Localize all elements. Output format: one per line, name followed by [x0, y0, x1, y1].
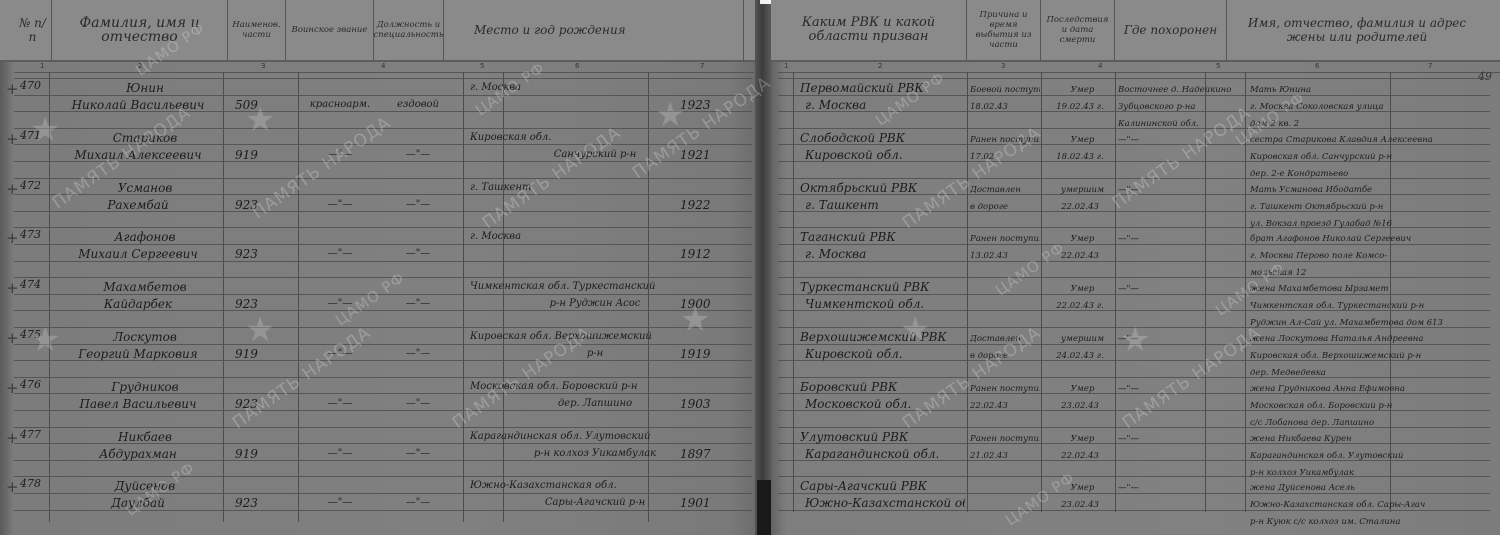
kin-line: с/с Лобанова дер. Лапшино	[1250, 415, 1490, 431]
cause: Ранен поступил	[970, 431, 1040, 447]
birthplace: Карагандинская обл. Улутовский	[470, 429, 740, 445]
first-patronymic: Абдурахман	[54, 446, 222, 462]
burial-place: —"—	[1118, 331, 1244, 347]
birth-year: 1921	[680, 147, 740, 163]
birth-year: 1923	[680, 97, 740, 113]
cross-icon: +	[6, 329, 19, 347]
rvk: Верхошижемский РВК	[800, 329, 965, 345]
cause: Доставлен	[970, 331, 1040, 347]
cause-date: 18.02.43	[970, 99, 1040, 115]
kin-line: жена Дуйсенова Асель	[1250, 480, 1490, 496]
entry-number: 470	[20, 78, 50, 94]
header-position: Должность и специальность	[374, 0, 444, 60]
death-status: Умер	[1050, 431, 1115, 447]
kin-line: г. Ташкент Октябрьский р-н	[1250, 199, 1490, 215]
entry-number: 471	[20, 128, 50, 144]
death-date: 24.02.43 г.	[1045, 348, 1115, 364]
unit: 923	[235, 296, 290, 312]
kin-line: р-н колхоз Уикамбулак	[1250, 465, 1490, 481]
cause: Доставлен	[970, 182, 1040, 198]
cause: Ранен поступил	[970, 132, 1040, 148]
rank: —"—	[305, 197, 375, 213]
entry-number: 473	[20, 227, 50, 243]
ruled-line	[14, 427, 752, 428]
left-header-row: № п/п Фамилия, имя и отчество Наименов. …	[0, 0, 755, 62]
rvk-region: Южно-Казахстанской обл.	[805, 495, 965, 511]
rvk: Октябрьский РВК	[800, 180, 965, 196]
cross-icon: +	[6, 429, 19, 447]
birth-year: 1912	[680, 246, 740, 262]
cause: Ранен поступил	[970, 231, 1040, 247]
first-patronymic: Даулбай	[54, 495, 222, 511]
col-divider	[463, 72, 464, 522]
ruled-line	[778, 78, 1490, 79]
kin-line: г. Москва Перово поле Комсо-	[1250, 248, 1490, 264]
col-divider	[1041, 72, 1042, 512]
birthplace: Южно-Казахстанская обл.	[470, 478, 740, 494]
right-header-row: Каким РВК и какой области призван Причин…	[771, 0, 1500, 62]
rank: —"—	[305, 346, 375, 362]
death-status: умершим	[1050, 182, 1115, 198]
kin-line: Карагандинская обл. Улутовский	[1250, 448, 1490, 464]
death-status: умершим	[1050, 331, 1115, 347]
kin-line: г. Москва Соколовская улица	[1250, 99, 1490, 115]
kin-line: дом 2 кв. 2	[1250, 116, 1490, 132]
cause: Боевой поступил	[970, 82, 1040, 98]
first-patronymic: Кайдарбек	[54, 296, 222, 312]
kin-line: жена Грудникова Анна Ефимовна	[1250, 381, 1490, 397]
header-burial: Где похоронен	[1115, 0, 1227, 60]
birth-year: 1897	[680, 446, 740, 462]
unit: 509	[235, 97, 290, 113]
birthplace-line2: Санчурский р-н	[520, 147, 670, 163]
birth-year: 1901	[680, 495, 740, 511]
birthplace-line2: дер. Лапшино	[520, 396, 670, 412]
first-patronymic: Михаил Алексеевич	[54, 147, 222, 163]
kin-line: Кировская обл. Верхошижемский р-н	[1250, 348, 1490, 364]
kin-line: Южно-Казахстанская обл. Сары-Агач	[1250, 497, 1490, 513]
unit: 923	[235, 396, 290, 412]
cause-date: в дороге	[970, 199, 1040, 215]
rvk-region: г. Москва	[805, 97, 965, 113]
header-cause: Причина и время выбытия из части	[967, 0, 1041, 60]
entry-number: 478	[20, 476, 50, 492]
birthplace: г. Ташкент	[470, 180, 740, 196]
death-date: 19.02.43 г.	[1045, 99, 1115, 115]
rvk-region: Кировской обл.	[805, 346, 965, 362]
death-status: Умер	[1050, 132, 1115, 148]
col-divider	[223, 72, 224, 522]
ruled-line	[14, 377, 752, 378]
position: —"—	[378, 346, 458, 362]
rank: —"—	[305, 246, 375, 262]
burial-place: —"—	[1118, 281, 1244, 297]
death-date: 23.02.43	[1045, 497, 1115, 513]
unit: 919	[235, 446, 290, 462]
rank: —"—	[305, 396, 375, 412]
ruled-line	[14, 78, 752, 79]
ruled-line	[14, 476, 752, 477]
surname: Юнин	[70, 80, 220, 96]
surname: Грудников	[70, 379, 220, 395]
kin-line: брат Агафонов Николай Сергеевич	[1250, 231, 1490, 247]
unit: 923	[235, 197, 290, 213]
entry-number: 477	[20, 427, 50, 443]
birth-year: 1922	[680, 197, 740, 213]
kin-line: дер. Медведевка	[1250, 365, 1490, 381]
header-kin: Имя, отчество, фамилия и адрес жены или …	[1227, 0, 1487, 60]
position: —"—	[378, 197, 458, 213]
kin-line: Мать Юнина	[1250, 82, 1490, 98]
surname: Агафонов	[70, 229, 220, 245]
cause: Ранен поступил	[970, 381, 1040, 397]
burial-place: —"—	[1118, 132, 1244, 148]
birthplace-line2: Сары-Агачский р-н	[520, 495, 670, 511]
unit: 923	[235, 495, 290, 511]
header-num: № п/п	[14, 0, 52, 60]
cause-date: 21.02.43	[970, 448, 1040, 464]
death-date: 22.02.43	[1045, 248, 1115, 264]
kin-line: жена Лоскутова Наталья Андреевна	[1250, 331, 1490, 347]
birthplace: Московская обл. Боровский р-н	[470, 379, 740, 395]
burial-place: —"—	[1118, 182, 1244, 198]
burial-place-2: Зубцовского р-на	[1118, 99, 1244, 115]
position: —"—	[378, 296, 458, 312]
death-status: Умер	[1050, 381, 1115, 397]
cross-icon: +	[6, 379, 19, 397]
ruled-line	[14, 327, 752, 328]
ruled-line	[14, 277, 752, 278]
rank: —"—	[305, 296, 375, 312]
surname: Махамбетов	[70, 279, 220, 295]
cross-icon: +	[6, 180, 19, 198]
death-date: 18.02.43 г.	[1045, 149, 1115, 165]
kin-line: р-н Куюк с/с колхоз им. Сталина	[1250, 514, 1490, 530]
rvk: Улутовский РВК	[800, 429, 965, 445]
rvk-region: Московской обл.	[805, 396, 965, 412]
death-date: 22.02.43	[1045, 448, 1115, 464]
cause-date: в дороге	[970, 348, 1040, 364]
burial-place: —"—	[1118, 381, 1244, 397]
birth-year: 1919	[680, 346, 740, 362]
position: ездовой	[378, 97, 458, 113]
col-divider	[793, 72, 794, 512]
position: —"—	[378, 147, 458, 163]
rvk-region: г. Москва	[805, 246, 965, 262]
first-patronymic: Рахембай	[54, 197, 222, 213]
rank: красноарм.	[305, 97, 375, 113]
rank: —"—	[305, 446, 375, 462]
first-patronymic: Павел Васильевич	[54, 396, 222, 412]
death-status: Умер	[1050, 281, 1115, 297]
surname: Лоскутов	[70, 329, 220, 345]
header-rvk: Каким РВК и какой области призван	[771, 0, 967, 60]
birthplace: Кировская обл. Верхошижемский	[470, 329, 740, 345]
position: —"—	[378, 495, 458, 511]
position: —"—	[378, 396, 458, 412]
unit: 923	[235, 246, 290, 262]
position: —"—	[378, 246, 458, 262]
book-spine	[755, 0, 771, 535]
surname: Стариков	[70, 130, 220, 146]
burial-place: —"—	[1118, 431, 1244, 447]
kin-line: жена Махамбетова Ырзамет	[1250, 281, 1490, 297]
death-status: Умер	[1050, 480, 1115, 496]
death-status: Умер	[1050, 231, 1115, 247]
first-patronymic: Николай Васильевич	[54, 97, 222, 113]
surname: Усманов	[70, 180, 220, 196]
kin-line: жена Никбаева Курен	[1250, 431, 1490, 447]
kin-line: ул. Вокзал проезд Гулабад №16	[1250, 216, 1490, 232]
rvk-region: Чимкентской обл.	[805, 296, 965, 312]
entry-number: 476	[20, 377, 50, 393]
cause-date: 13.02.43	[970, 248, 1040, 264]
rvk: Первомайский РВК	[800, 80, 965, 96]
entry-number: 475	[20, 327, 50, 343]
cross-icon: +	[6, 279, 19, 297]
header-birthplace: Место и год рождения	[444, 0, 744, 60]
right-column-numbers: 1 2 3 4 5 6 7	[778, 62, 1500, 73]
kin-line: Московская обл. Боровский р-н	[1250, 398, 1490, 414]
cause-date: 22.02.43	[970, 398, 1040, 414]
rank: —"—	[305, 495, 375, 511]
ruled-line	[14, 227, 752, 228]
header-fio: Фамилия, имя и отчество	[52, 0, 228, 60]
first-patronymic: Михаил Сергеевич	[54, 246, 222, 262]
birth-year: 1900	[680, 296, 740, 312]
entry-number: 472	[20, 178, 50, 194]
kin-line: мольская 12	[1250, 265, 1490, 281]
surname: Никбаев	[70, 429, 220, 445]
col-divider	[1245, 72, 1246, 512]
torn-corner	[757, 480, 771, 535]
death-date: 22.02.43 г.	[1045, 298, 1115, 314]
header-consequence: Последствия и дата смерти	[1041, 0, 1115, 60]
rvk: Туркестанский РВК	[800, 279, 965, 295]
kin-line: Кировская обл. Санчурский р-н	[1250, 149, 1490, 165]
rvk: Таганский РВК	[800, 229, 965, 245]
birthplace-line2: р-н	[520, 346, 670, 362]
col-divider	[298, 72, 299, 522]
unit: 919	[235, 346, 290, 362]
rvk-region: Карагандинской обл.	[805, 446, 965, 462]
burial-place: —"—	[1118, 480, 1244, 496]
rvk: Сары-Агачский РВК	[800, 478, 965, 494]
death-date: 22.02.43	[1045, 199, 1115, 215]
death-date: 23.02.43	[1045, 398, 1115, 414]
entry-number: 474	[20, 277, 50, 293]
kin-line: Чимкентская обл. Туркестанский р-н	[1250, 298, 1490, 314]
left-column-numbers: 1 2 3 4 5 6 7	[14, 62, 754, 73]
ruled-line	[14, 128, 752, 129]
birthplace-line2: р-н Руджин Асос	[520, 296, 670, 312]
kin-line: сестра Старикова Клавдия Алексеевна	[1250, 132, 1490, 148]
birthplace: Чимкентская обл. Туркестанский	[470, 279, 740, 295]
birthplace-line2: р-н колхоз Уикамбулак	[520, 446, 670, 462]
cross-icon: +	[6, 130, 19, 148]
header-rank: Воинское звание	[286, 0, 374, 60]
birthplace: Кировская обл.	[470, 130, 740, 146]
rvk: Слободской РВК	[800, 130, 965, 146]
death-status: Умер	[1050, 82, 1115, 98]
cross-icon: +	[6, 80, 19, 98]
cross-icon: +	[6, 229, 19, 247]
rank: —"—	[305, 147, 375, 163]
kin-line: Мать Усманова Ибодатбе	[1250, 182, 1490, 198]
kin-line: Руджин Ал-Сай ул. Махамбетова дом 613	[1250, 315, 1490, 331]
ruled-line	[14, 178, 752, 179]
burial-place: Восточнее д. Надейкино	[1118, 82, 1244, 98]
cause-date: 17.02	[970, 149, 1040, 165]
rvk-region: Кировской обл.	[805, 147, 965, 163]
surname: Дуйсенов	[70, 478, 220, 494]
header-unit: Наименов. части	[228, 0, 286, 60]
birthplace: г. Москва	[470, 80, 740, 96]
cross-icon: +	[6, 478, 19, 496]
birth-year: 1903	[680, 396, 740, 412]
rvk-region: г. Ташкент	[805, 197, 965, 213]
first-patronymic: Георгий Марковия	[54, 346, 222, 362]
burial-place: —"—	[1118, 231, 1244, 247]
col-divider	[1115, 72, 1116, 512]
burial-place-3: Калининской обл.	[1118, 116, 1244, 132]
position: —"—	[378, 446, 458, 462]
birthplace: г. Москва	[470, 229, 740, 245]
kin-line: дер. 2-е Кондратьево	[1250, 166, 1490, 182]
rvk: Боровский РВК	[800, 379, 965, 395]
col-divider	[967, 72, 968, 512]
unit: 919	[235, 147, 290, 163]
